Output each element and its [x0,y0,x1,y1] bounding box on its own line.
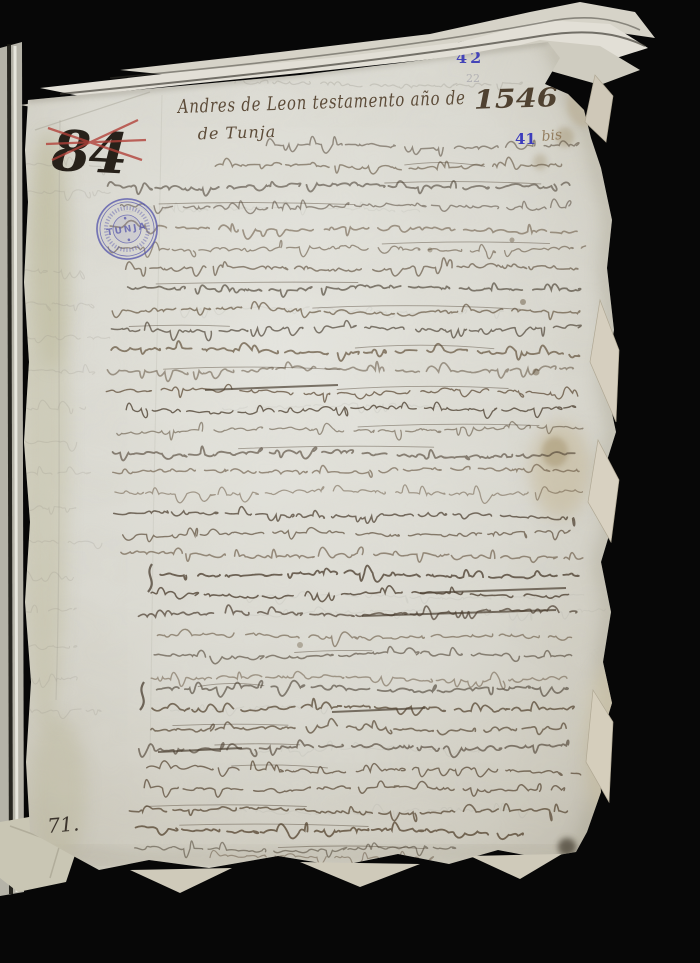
ink-spot [297,642,303,648]
torn-tab-bottom [130,868,232,893]
binding-highlight-line [15,46,17,892]
folio-number-faint: 22 [466,72,480,85]
crossed-out-number: 84 [49,118,127,188]
bottom-folio-number: 71. [46,811,80,838]
page-title-year: 1546 [473,83,558,116]
torn-tab-bottom [470,854,562,879]
crossed-number-block: 84 [49,118,127,188]
ink-spot [510,238,515,243]
page-subtitle: de Tunja [197,122,276,143]
stain-top-right-3 [533,154,547,170]
torn-tab-bottom [300,862,420,887]
manuscript-photo: Andres de Leon testamento año de 1546 de… [0,0,700,963]
folio-number-blue: 41 [515,130,536,148]
tan-blotch-right [530,422,590,518]
dark-spot-bottom [558,838,576,856]
folio-number-suffix: bis [541,127,563,145]
binding-shadow-line [9,44,11,894]
photo-black-background: Andres de Leon testamento año de 1546 de… [0,0,700,963]
ink-spot [520,299,526,305]
